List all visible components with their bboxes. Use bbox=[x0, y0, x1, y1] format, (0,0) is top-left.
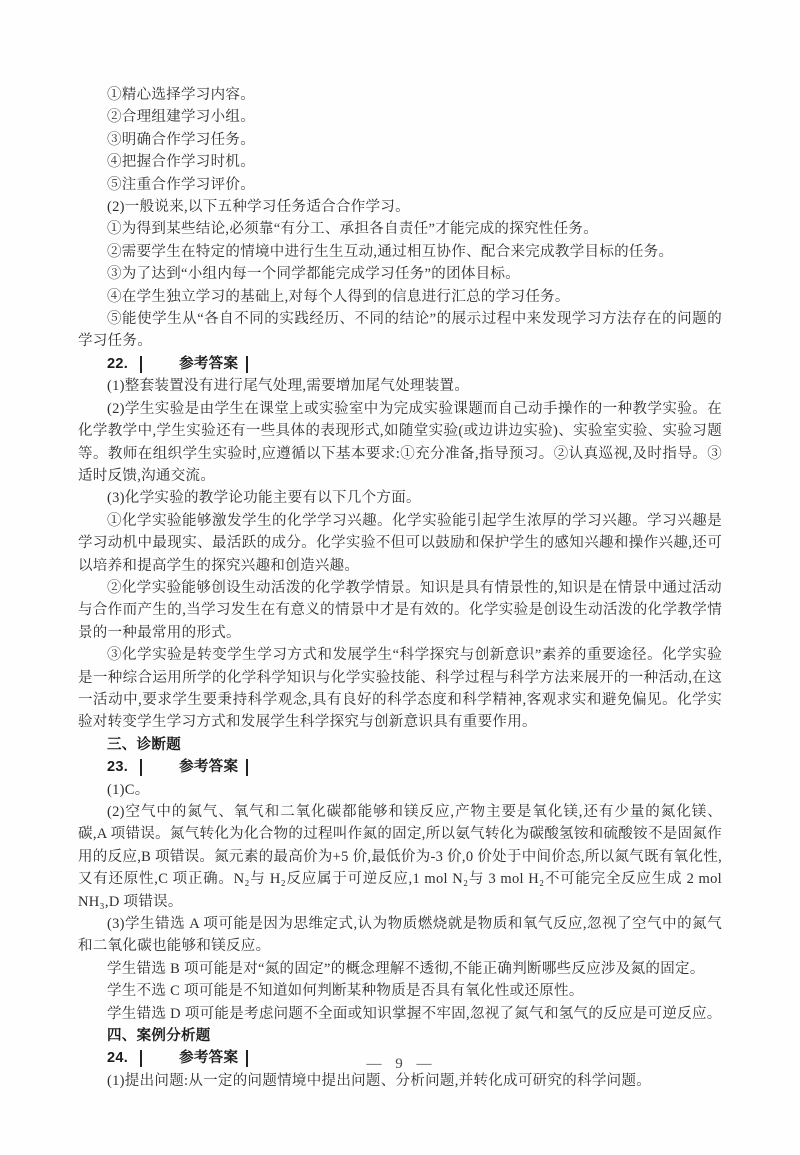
section-heading: 四、案例分析题 bbox=[78, 1025, 722, 1047]
paragraph: ①为得到某些结论,必须靠“有分工、承担各自责任”才能完成的探究性任务。 bbox=[78, 218, 722, 240]
paragraph: 学生错选 B 项可能是对“氮的固定”的概念理解不透彻,不能正确判断哪些反应涉及氮… bbox=[78, 958, 722, 980]
paragraph: ④把握合作学习时机。 bbox=[78, 151, 722, 173]
paragraph: ②需要学生在特定的情境中进行生生互动,通过相互协作、配合来完成教学目标的任务。 bbox=[78, 241, 722, 263]
paragraph: ①化学实验能够激发学生的化学学习兴趣。化学实验能引起学生浓厚的学习兴趣。学习兴趣… bbox=[78, 510, 722, 577]
answer-heading: 22.参考答案 bbox=[78, 353, 722, 375]
paragraph: 学生错选 D 项可能是考虑问题不全面或知识掌握不牢固,忽视了氮气和氢气的反应是可… bbox=[78, 1003, 722, 1025]
paragraph: (3)学生错选 A 项可能是因为思维定式,认为物质燃烧就是物质和氧气反应,忽视了… bbox=[78, 913, 722, 958]
page-number: — 9 — bbox=[0, 1056, 800, 1073]
document-page: ①精心选择学习内容。②合理组建学习小组。③明确合作学习任务。④把握合作学习时机。… bbox=[0, 0, 800, 1155]
paragraph: ③为了达到“小组内每一个同学都能完成学习任务”的团体目标。 bbox=[78, 263, 722, 285]
paragraph: (2)空气中的氮气、氧气和二氧化碳都能够和镁反应,产物主要是氧化镁,还有少量的氮… bbox=[78, 801, 722, 913]
paragraph: 学生不选 C 项可能是不知道如何判断某种物质是否具有氧化性或还原性。 bbox=[78, 980, 722, 1002]
question-number: 23. bbox=[107, 759, 128, 775]
section-heading: 三、诊断题 bbox=[78, 734, 722, 756]
paragraph: (1)整套装置没有进行尾气处理,需要增加尾气处理装置。 bbox=[78, 375, 722, 397]
paragraph: ③明确合作学习任务。 bbox=[78, 129, 722, 151]
paragraph: ③化学实验是转变学生学习方式和发展学生“科学探究与创新意识”素养的重要途径。化学… bbox=[78, 644, 722, 734]
paragraph: ②化学实验能够创设生动活泼的化学教学情景。知识是具有情景性的,知识是在情景中通过… bbox=[78, 577, 722, 644]
paragraph: ④在学生独立学习的基础上,对每个人得到的信息进行汇总的学习任务。 bbox=[78, 286, 722, 308]
answer-label: 参考答案 bbox=[140, 356, 248, 373]
paragraph: ⑤能使学生从“各自不同的实践经历、不同的结论”的展示过程中来发现学习方法存在的问… bbox=[78, 308, 722, 353]
paragraph: (2)学生实验是由学生在课堂上或实验室中为完成实验课题而自己动手操作的一种教学实… bbox=[78, 398, 722, 488]
paragraph: (1)提出问题:从一定的问题情境中提出问题、分析问题,并转化成可研究的科学问题。 bbox=[78, 1070, 722, 1092]
paragraph: (2)一般说来,以下五种学习任务适合合作学习。 bbox=[78, 196, 722, 218]
paragraph: (1)C。 bbox=[78, 779, 722, 801]
paragraph: ②合理组建学习小组。 bbox=[78, 106, 722, 128]
paragraph: ⑤注重合作学习评价。 bbox=[78, 174, 722, 196]
paragraph: ①精心选择学习内容。 bbox=[78, 84, 722, 106]
question-number: 22. bbox=[107, 356, 128, 372]
answer-label: 参考答案 bbox=[140, 759, 248, 776]
answer-heading: 23.参考答案 bbox=[78, 756, 722, 778]
document-body: ①精心选择学习内容。②合理组建学习小组。③明确合作学习任务。④把握合作学习时机。… bbox=[78, 84, 722, 1092]
paragraph: (3)化学实验的教学论功能主要有以下几个方面。 bbox=[78, 487, 722, 509]
